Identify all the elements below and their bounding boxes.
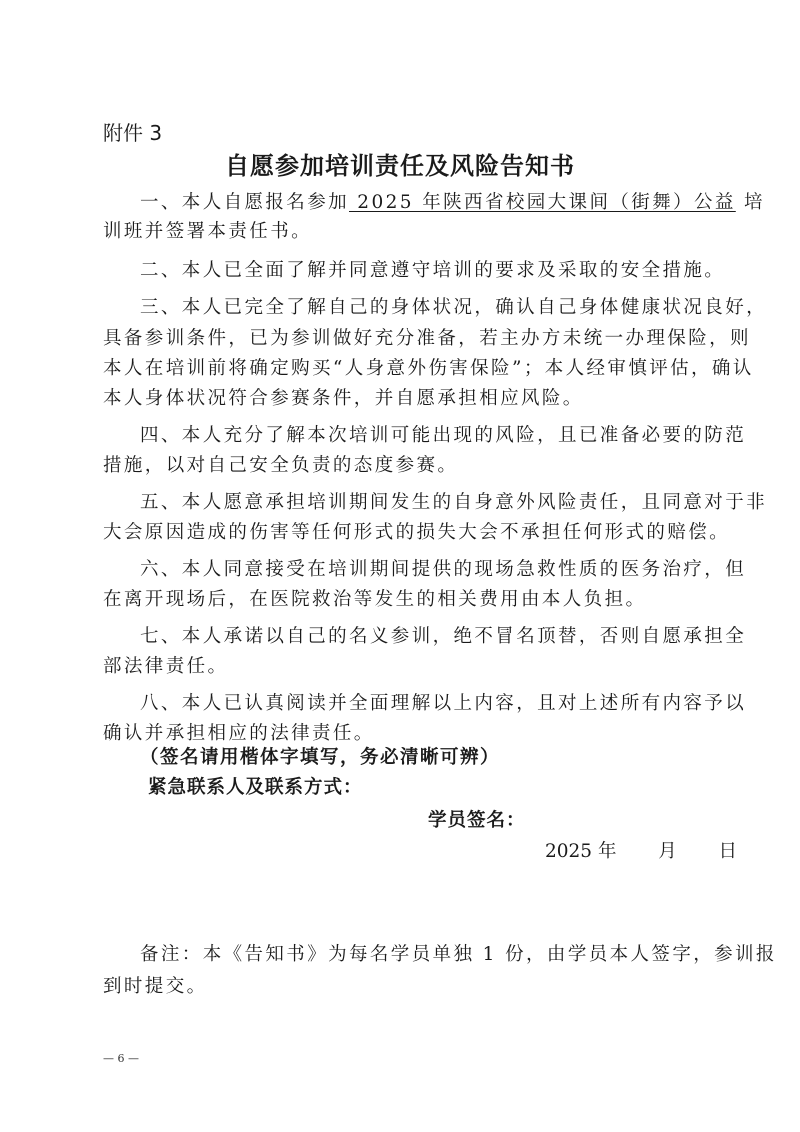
clause-7-line-2: 部法律责任。	[103, 653, 703, 681]
clause-6-line-1: 六、本人同意接受在培训期间提供的现场急救性质的医务治疗，但	[140, 556, 703, 584]
document-title: 自愿参加培训责任及风险告知书	[0, 146, 800, 181]
clause-7-line-1: 七、本人承诺以自己的名义参训，绝不冒名顶替，否则自愿承担全	[140, 623, 703, 651]
clause-8-line-1: 八、本人已认真阅读并全面理解以上内容，且对上述所有内容予以	[140, 690, 703, 718]
clause-5-line-2: 大会原因造成的伤害等任何形式的损失大会不承担任何形式的赔偿。	[103, 519, 703, 547]
clause-3-line-3: 本人在培训前将确定购买“人身意外伤害保险”；本人经审慎评估，确认	[103, 355, 703, 383]
clause-3-line-4: 本人身体状况符合参赛条件，并自愿承担相应风险。	[103, 385, 703, 413]
clause-6-line-2: 在离开现场后，在医院救治等发生的相关费用由本人负担。	[103, 586, 703, 614]
date-month: 月	[658, 837, 677, 863]
clause-3-line-1: 三、本人已完全了解自己的身体状况，确认自己身体健康状况良好，	[140, 294, 703, 322]
emergency-contact-label: 紧急联系人及联系方式：	[148, 773, 363, 799]
document-page: 附件 3 自愿参加培训责任及风险告知书 一、本人自愿报名参加 2025 年陕西省…	[0, 0, 800, 1132]
clause-5-line-1: 五、本人愿意承担培训期间发生的自身意外风险责任，且同意对于非	[140, 489, 703, 517]
attachment-label: 附件 3	[103, 117, 162, 146]
page-number: — 6 —	[103, 1052, 139, 1065]
clause-1-line-2: 训班并签署本责任书。	[103, 218, 703, 246]
date-year: 2025 年	[545, 837, 616, 863]
clause-2-line-1: 二、本人已全面了解并同意遵守培训的要求及采取的安全措施。	[140, 257, 703, 285]
training-name-underlined: 2025 年陕西省校园大课间（街舞）公益	[349, 192, 736, 213]
date-day: 日	[719, 837, 738, 863]
signature-date: 2025 年 月 日	[545, 837, 737, 863]
student-signature-label: 学员签名：	[428, 806, 526, 832]
clause-4-line-1: 四、本人充分了解本次培训可能出现的风险，且已准备必要的防范	[140, 422, 703, 450]
signature-note: （签名请用楷体字填写，务必清晰可辨）	[140, 743, 500, 769]
remark-line-2: 到时提交。	[103, 973, 703, 1001]
clause-4-line-2: 措施，以对自己安全负责的态度参赛。	[103, 452, 703, 480]
clause-1-prefix: 一、本人自愿报名参加	[140, 192, 349, 213]
clause-1-line-1: 一、本人自愿报名参加 2025 年陕西省校园大课间（街舞）公益 培	[140, 189, 703, 217]
clause-3-line-2: 具备参训条件，已为参训做好充分准备，若主办方未统一办理保险，则	[103, 325, 703, 353]
clause-1-suffix: 培	[736, 192, 765, 213]
remark-line-1: 备注：本《告知书》为每名学员单独 1 份，由学员本人签字，参训报	[140, 941, 703, 969]
